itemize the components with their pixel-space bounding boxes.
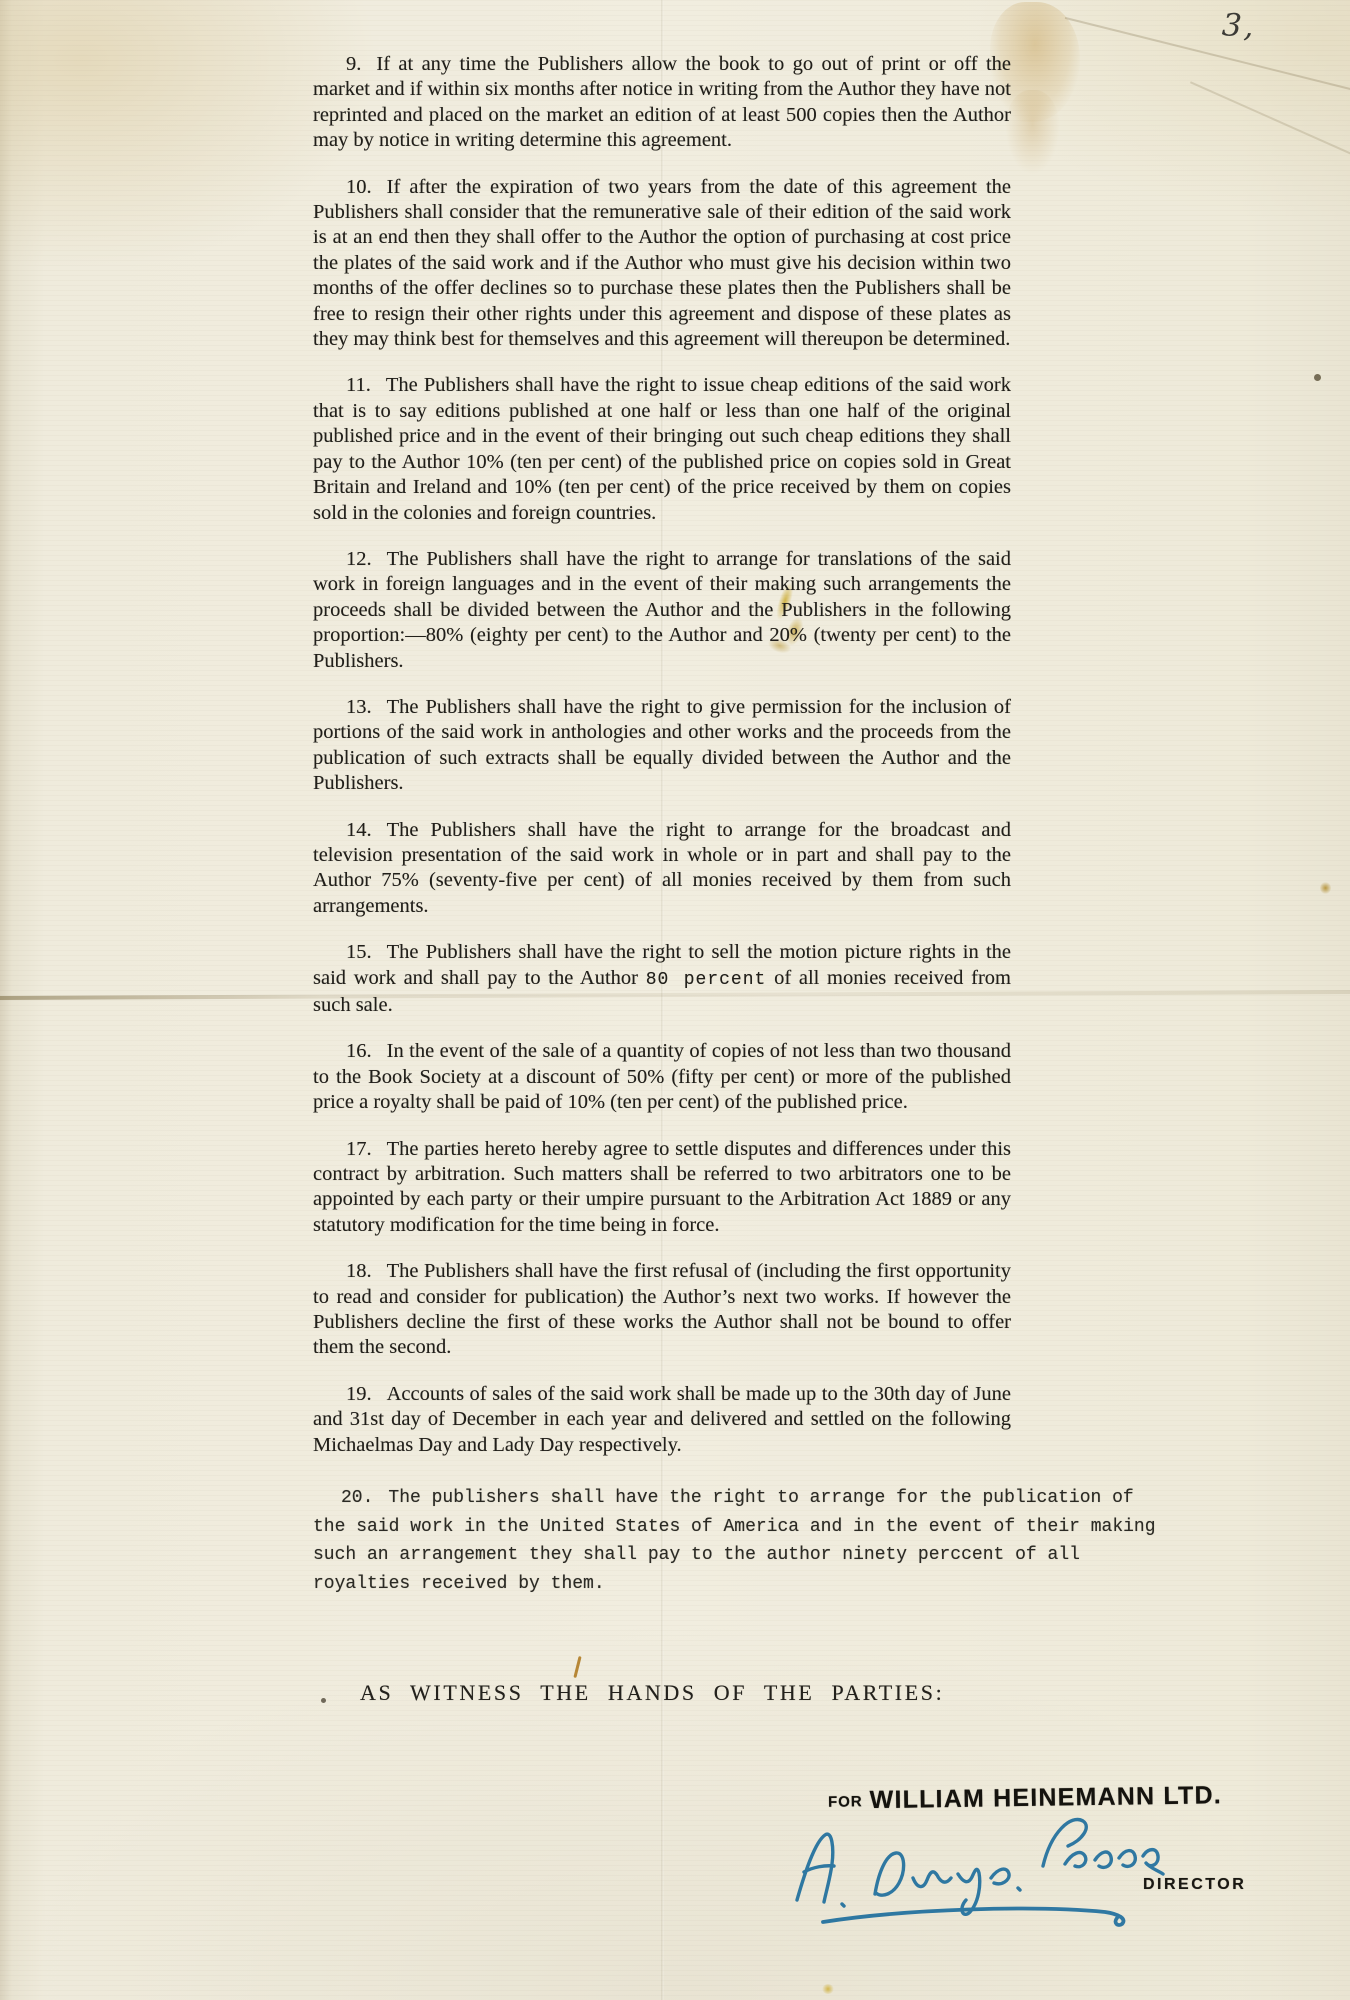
- clause-10: 10.If after the expiration of two years …: [313, 175, 1011, 353]
- clause-number: 18.: [346, 1260, 387, 1282]
- clause-number: 12.: [346, 548, 387, 570]
- clause-number: 17.: [346, 1138, 387, 1160]
- clause-13: 13.The Publishers shall have the right t…: [313, 695, 1011, 797]
- company-stamp: FORWILLIAM HEINEMANN LTD.: [828, 1781, 1222, 1815]
- corner-crease: [1190, 81, 1350, 180]
- clause-17: 17.The parties hereto hereby agree to se…: [313, 1137, 1011, 1239]
- clause-text: Accounts of sales of the said work shall…: [313, 1383, 1011, 1456]
- clause-number: 9.: [346, 53, 376, 75]
- typed-insert-80-percent: 80 percent: [646, 970, 767, 990]
- clause-18: 18.The Publishers shall have the first r…: [313, 1259, 1011, 1361]
- clause-9: 9.If at any time the Publishers allow th…: [313, 52, 1011, 154]
- clause-text: In the event of the sale of a quantity o…: [313, 1040, 1011, 1113]
- clause-15: 15.The Publishers shall have the right t…: [313, 940, 1011, 1018]
- clause-16: 16.In the event of the sale of a quantit…: [313, 1039, 1011, 1115]
- clause-text: The Publishers shall have the right to a…: [313, 819, 1011, 917]
- clause-number: 13.: [346, 696, 387, 718]
- clause-20-typewritten: 20.The publishers shall have the right t…: [313, 1484, 1158, 1598]
- clause-text: The parties hereto hereby agree to settl…: [313, 1138, 1011, 1236]
- handwritten-page-number: 3,: [1221, 7, 1256, 45]
- contract-body: 9.If at any time the Publishers allow th…: [313, 52, 1011, 1619]
- clause-number: 19.: [346, 1383, 387, 1405]
- corner-crease: [1065, 17, 1350, 101]
- clause-number: 11.: [346, 374, 386, 396]
- paper-speck: [822, 1984, 834, 1994]
- clause-text: The publishers shall have the right to a…: [313, 1488, 1156, 1594]
- clause-number: 14.: [346, 819, 387, 841]
- clause-text: If after the expiration of two years fro…: [313, 176, 1011, 350]
- witness-statement: AS WITNESS THE HANDS OF THE PARTIES:: [360, 1680, 944, 1706]
- clause-number: 15.: [346, 941, 387, 963]
- clause-number: 20.: [341, 1488, 388, 1508]
- clause-number: 16.: [346, 1040, 387, 1062]
- stamp-company-name: WILLIAM HEINEMANN LTD.: [869, 1781, 1222, 1814]
- brown-stain-tail: [1005, 90, 1060, 175]
- clause-text: The Publishers shall have the right to i…: [313, 374, 1011, 523]
- clause-text: The Publishers shall have the right to a…: [313, 548, 1011, 672]
- director-stamp-label: DIRECTOR: [1143, 1876, 1246, 1894]
- director-signature: [775, 1808, 1185, 1938]
- paper-speck: [1314, 374, 1321, 381]
- stamp-for-label: FOR: [828, 1793, 870, 1811]
- clause-12: 12.The Publishers shall have the right t…: [313, 547, 1011, 674]
- pen-slash-mark: [573, 1656, 581, 1678]
- clause-text: The Publishers shall have the right to g…: [313, 696, 1011, 794]
- clause-text: If at any time the Publishers allow the …: [313, 53, 1011, 151]
- clause-number: 10.: [346, 176, 387, 198]
- scanned-contract-page: 3, 9.If at any time the Publishers allow…: [0, 0, 1350, 2000]
- ink-dot: [321, 1698, 326, 1703]
- paper-speck: [1320, 882, 1331, 894]
- clause-11: 11.The Publishers shall have the right t…: [313, 373, 1011, 525]
- clause-19: 19.Accounts of sales of the said work sh…: [313, 1382, 1011, 1458]
- clause-text: The Publishers shall have the first refu…: [313, 1260, 1011, 1358]
- clause-14: 14.The Publishers shall have the right t…: [313, 818, 1011, 920]
